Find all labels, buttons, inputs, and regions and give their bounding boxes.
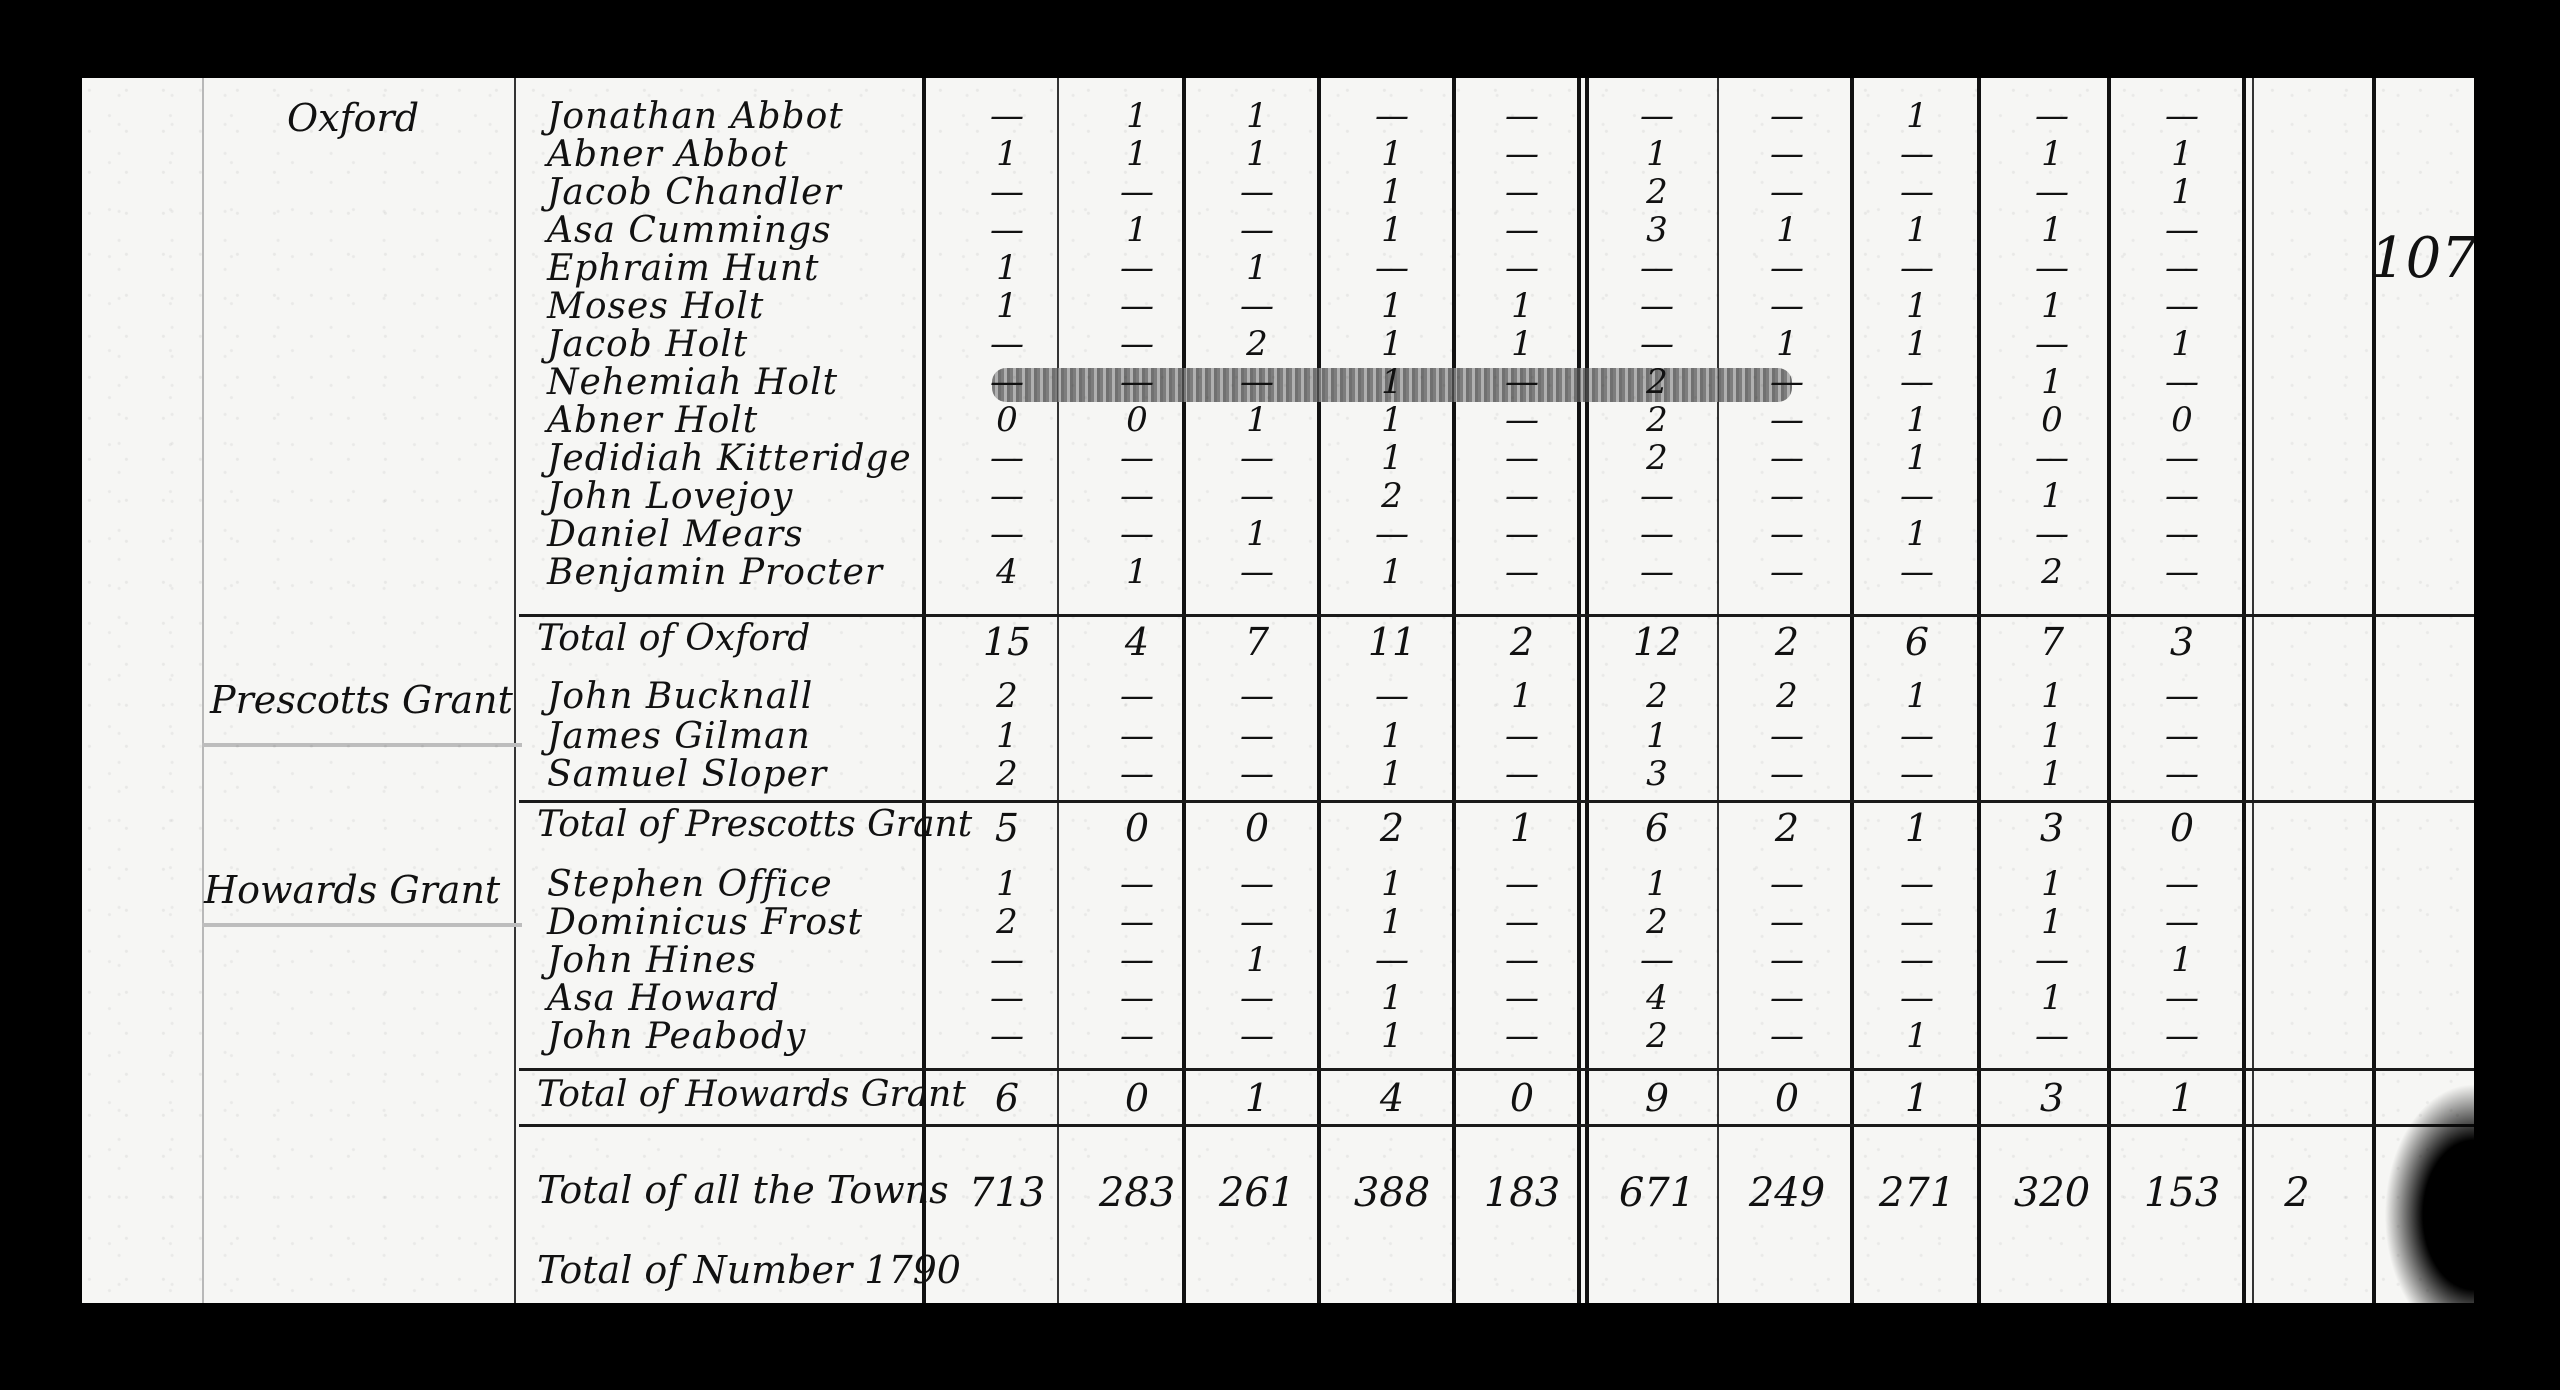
- tally-grid: —11————1——1111—1——11———1—2———1—1—1—3111—…: [927, 78, 2467, 1303]
- tally-cell: —: [1867, 172, 1967, 212]
- tally-cell: —: [1087, 716, 1187, 756]
- tally-cell: 1: [2002, 676, 2102, 716]
- tally-cell: —: [1207, 172, 1307, 212]
- town-total-cell: 1: [1867, 806, 1967, 850]
- tally-cell: —: [2002, 438, 2102, 478]
- town-total-cell: 0: [1087, 806, 1187, 850]
- tally-cell: 2: [2002, 552, 2102, 592]
- tally-cell: —: [2132, 514, 2232, 554]
- tally-cell: 1: [1342, 1016, 1442, 1056]
- town-total-cell: 11: [1342, 620, 1442, 664]
- tally-cell: —: [1207, 754, 1307, 794]
- tally-cell: 1: [1342, 324, 1442, 364]
- names-column-rule: [514, 78, 516, 1303]
- tally-cell: 1: [1607, 864, 1707, 904]
- tally-cell: —: [1207, 476, 1307, 516]
- tally-cell: —: [2132, 716, 2232, 756]
- tally-cell: 1: [1342, 716, 1442, 756]
- town-total-cell: 3: [2002, 1076, 2102, 1120]
- grand-total-label: Total of all the Towns: [537, 1168, 949, 1212]
- tally-cell: —: [1737, 438, 1837, 478]
- town-total-cell: 6: [1607, 806, 1707, 850]
- tally-cell: 1: [1207, 96, 1307, 136]
- tally-cell: —: [1472, 476, 1572, 516]
- tally-cell: —: [1087, 514, 1187, 554]
- tally-cell: 1: [1867, 514, 1967, 554]
- tally-cell: 1: [1607, 134, 1707, 174]
- tally-cell: —: [1867, 716, 1967, 756]
- tally-cell: 1: [2002, 286, 2102, 326]
- tally-cell: 1: [1087, 134, 1187, 174]
- resident-name: Abner Abbot: [547, 134, 788, 175]
- resident-name: Nehemiah Holt: [547, 362, 838, 403]
- tally-cell: 1: [1607, 716, 1707, 756]
- tally-cell: 2: [1607, 172, 1707, 212]
- tally-cell: 2: [1207, 324, 1307, 364]
- tally-cell: —: [1207, 902, 1307, 942]
- tally-cell: —: [1087, 476, 1187, 516]
- town-total-cell: 0: [1087, 1076, 1187, 1120]
- tally-cell: —: [1087, 676, 1187, 716]
- tally-cell: —: [1472, 864, 1572, 904]
- tally-cell: 1: [1342, 864, 1442, 904]
- grand-total-cell: 283: [1087, 1170, 1187, 1216]
- grand-total-cell: 153: [2132, 1170, 2232, 1216]
- tally-cell: —: [957, 476, 1057, 516]
- tally-cell: —: [1737, 978, 1837, 1018]
- resident-name: Dominicus Frost: [547, 902, 863, 943]
- tally-cell: —: [1207, 1016, 1307, 1056]
- tally-cell: 1: [1867, 286, 1967, 326]
- tally-cell: 1: [1342, 902, 1442, 942]
- grand-total-extra-cell: 2: [2247, 1170, 2347, 1216]
- tally-cell: —: [1867, 476, 1967, 516]
- town-total-cell: 6: [957, 1076, 1057, 1120]
- resident-name: Asa Cummings: [547, 210, 832, 251]
- tally-cell: —: [1087, 978, 1187, 1018]
- resident-name: John Bucknall: [547, 676, 813, 717]
- tally-cell: —: [957, 172, 1057, 212]
- tally-cell: —: [1737, 754, 1837, 794]
- tally-cell: 2: [957, 754, 1057, 794]
- tally-cell: —: [1607, 286, 1707, 326]
- tally-cell: —: [1607, 324, 1707, 364]
- tally-cell: 1: [2002, 716, 2102, 756]
- tally-cell: 2: [1607, 400, 1707, 440]
- tally-cell: —: [2002, 1016, 2102, 1056]
- tally-cell: 1: [957, 716, 1057, 756]
- grand-total-cell: 271: [1867, 1170, 1967, 1216]
- tally-cell: —: [1207, 978, 1307, 1018]
- tally-cell: 1: [1867, 96, 1967, 136]
- tally-cell: —: [2132, 476, 2232, 516]
- tally-cell: 2: [1607, 902, 1707, 942]
- tally-cell: 2: [1737, 676, 1837, 716]
- tally-cell: —: [1472, 514, 1572, 554]
- town-total-cell: 7: [2002, 620, 2102, 664]
- town-total-cell: 1: [1207, 1076, 1307, 1120]
- tally-cell: —: [1207, 864, 1307, 904]
- tally-cell: —: [1737, 96, 1837, 136]
- tally-cell: —: [1087, 1016, 1187, 1056]
- tally-cell: —: [1737, 248, 1837, 288]
- tally-cell: —: [1737, 400, 1837, 440]
- tally-cell: —: [1737, 864, 1837, 904]
- tally-cell: —: [1737, 1016, 1837, 1056]
- tally-cell: 2: [1607, 438, 1707, 478]
- tally-cell: —: [2132, 754, 2232, 794]
- tally-cell: 1: [2132, 940, 2232, 980]
- tally-cell: —: [2132, 864, 2232, 904]
- tally-cell: 1: [1737, 210, 1837, 250]
- town-total-cell: 1: [2132, 1076, 2232, 1120]
- town-total-cell: 5: [957, 806, 1057, 850]
- tally-cell: —: [1607, 514, 1707, 554]
- tally-cell: —: [2132, 978, 2232, 1018]
- grand-total-cell: 671: [1607, 1170, 1707, 1216]
- tally-cell: 1: [1867, 400, 1967, 440]
- tally-cell: —: [1737, 940, 1837, 980]
- tally-cell: —: [1737, 514, 1837, 554]
- tally-cell: —: [1087, 286, 1187, 326]
- names-column: Jonathan Abbot Abner Abbot Jacob Chandle…: [519, 78, 919, 1303]
- tally-cell: —: [1207, 552, 1307, 592]
- grand-total-cell: 183: [1472, 1170, 1572, 1216]
- tally-cell: 1: [1867, 324, 1967, 364]
- resident-name: James Gilman: [547, 716, 811, 757]
- resident-name: Stephen Office: [547, 864, 833, 905]
- tally-cell: —: [1342, 940, 1442, 980]
- resident-name: Ephraim Hunt: [547, 248, 820, 289]
- tally-cell: —: [1607, 476, 1707, 516]
- tally-cell: —: [1737, 716, 1837, 756]
- tally-cell: 1: [2132, 134, 2232, 174]
- tally-cell: 2: [1342, 476, 1442, 516]
- tally-cell: —: [1472, 400, 1572, 440]
- tally-cell: 1: [1342, 978, 1442, 1018]
- tally-cell: 2: [957, 676, 1057, 716]
- tally-cell: —: [1737, 286, 1837, 326]
- tally-cell: 1: [2132, 324, 2232, 364]
- grand-total-cell: 388: [1342, 1170, 1442, 1216]
- tally-cell: —: [2132, 96, 2232, 136]
- resident-name: Jonathan Abbot: [547, 96, 844, 137]
- tally-cell: 2: [1607, 362, 1707, 402]
- tally-cell: 1: [957, 286, 1057, 326]
- tally-cell: —: [1607, 248, 1707, 288]
- tally-cell: 1: [1087, 210, 1187, 250]
- tally-cell: 2: [1607, 676, 1707, 716]
- tally-cell: 0: [2002, 400, 2102, 440]
- tally-cell: —: [957, 324, 1057, 364]
- tally-cell: —: [1737, 902, 1837, 942]
- tally-cell: 1: [2002, 362, 2102, 402]
- town-total-cell: 9: [1607, 1076, 1707, 1120]
- tally-cell: —: [1207, 362, 1307, 402]
- tally-cell: —: [1867, 978, 1967, 1018]
- tally-cell: —: [957, 438, 1057, 478]
- resident-name: John Hines: [547, 940, 757, 981]
- tally-cell: —: [1472, 362, 1572, 402]
- town-total-cell: 0: [1472, 1076, 1572, 1120]
- town-total-cell: 4: [1087, 620, 1187, 664]
- tally-cell: —: [1867, 134, 1967, 174]
- tally-cell: —: [1342, 248, 1442, 288]
- tally-cell: 1: [1342, 134, 1442, 174]
- tally-cell: 1: [1342, 210, 1442, 250]
- town-total-cell: 1: [1472, 806, 1572, 850]
- tally-cell: 1: [1342, 286, 1442, 326]
- prescotts-label-underline: [202, 743, 522, 747]
- tally-cell: —: [1087, 362, 1187, 402]
- town-total-cell: 15: [957, 620, 1057, 664]
- town-total-cell: 2: [1737, 620, 1837, 664]
- tally-cell: —: [957, 978, 1057, 1018]
- resident-name: Moses Holt: [547, 286, 764, 327]
- tally-cell: —: [1472, 210, 1572, 250]
- resident-name: Benjamin Procter: [547, 552, 883, 593]
- tally-cell: —: [1087, 324, 1187, 364]
- resident-name: Jedidiah Kitteridge: [547, 438, 912, 479]
- tally-cell: —: [1207, 210, 1307, 250]
- resident-name: Asa Howard: [547, 978, 780, 1019]
- town-total-cell: 3: [2132, 620, 2232, 664]
- tally-cell: —: [1087, 172, 1187, 212]
- tally-cell: —: [1207, 716, 1307, 756]
- tally-cell: —: [1867, 362, 1967, 402]
- tally-cell: —: [1342, 676, 1442, 716]
- resident-name: John Lovejoy: [547, 476, 793, 517]
- tally-cell: —: [2002, 324, 2102, 364]
- tally-cell: 1: [2002, 864, 2102, 904]
- tally-cell: —: [1737, 134, 1837, 174]
- tally-cell: 1: [2132, 172, 2232, 212]
- tally-cell: —: [1207, 676, 1307, 716]
- tally-cell: 1: [1867, 1016, 1967, 1056]
- grand-total-cell: 713: [957, 1170, 1057, 1216]
- tally-cell: —: [1867, 754, 1967, 794]
- tally-cell: —: [2002, 514, 2102, 554]
- town-total-cell: 4: [1342, 1076, 1442, 1120]
- total-label-howards: Total of Howards Grant: [537, 1074, 966, 1115]
- tally-cell: 1: [1342, 172, 1442, 212]
- tally-cell: —: [1472, 248, 1572, 288]
- tally-cell: 1: [1207, 134, 1307, 174]
- tally-cell: —: [2132, 362, 2232, 402]
- town-total-cell: 2: [1342, 806, 1442, 850]
- tally-cell: 1: [1867, 676, 1967, 716]
- town-total-cell: 1: [1867, 1076, 1967, 1120]
- resident-name: Daniel Mears: [547, 514, 804, 555]
- total-label-oxford: Total of Oxford: [537, 618, 810, 659]
- tally-cell: 1: [1207, 248, 1307, 288]
- tally-cell: 1: [1087, 552, 1187, 592]
- tally-cell: —: [1087, 248, 1187, 288]
- tally-cell: —: [2132, 676, 2232, 716]
- ledger-page: Oxford Prescotts Grant Howards Grant 107…: [82, 78, 2474, 1303]
- footer-total-label: Total of Number 1790: [537, 1248, 961, 1292]
- tally-cell: 1: [957, 248, 1057, 288]
- tally-cell: —: [2002, 940, 2102, 980]
- tally-cell: —: [1472, 172, 1572, 212]
- tally-cell: —: [1737, 552, 1837, 592]
- town-total-cell: 2: [1472, 620, 1572, 664]
- grand-total-cell: 320: [2002, 1170, 2102, 1216]
- tally-cell: —: [2132, 210, 2232, 250]
- tally-cell: —: [1087, 754, 1187, 794]
- tally-cell: —: [1087, 902, 1187, 942]
- tally-cell: —: [1737, 476, 1837, 516]
- tally-cell: —: [957, 514, 1057, 554]
- tally-cell: —: [2132, 552, 2232, 592]
- tally-cell: 2: [1607, 1016, 1707, 1056]
- tally-cell: —: [1087, 940, 1187, 980]
- tally-cell: —: [1607, 940, 1707, 980]
- tally-cell: 1: [1342, 552, 1442, 592]
- tally-cell: —: [2002, 248, 2102, 288]
- column-rule: [922, 78, 926, 1303]
- margin-rule: [202, 78, 204, 1303]
- tally-cell: 3: [1607, 210, 1707, 250]
- tally-cell: —: [957, 1016, 1057, 1056]
- tally-cell: 1: [1867, 438, 1967, 478]
- tally-cell: 1: [957, 134, 1057, 174]
- total-label-prescotts: Total of Prescotts Grant: [537, 804, 972, 845]
- town-total-cell: 2: [1737, 806, 1837, 850]
- tally-cell: —: [1342, 514, 1442, 554]
- tally-cell: 1: [2002, 754, 2102, 794]
- tally-cell: —: [1472, 716, 1572, 756]
- resident-name: John Peabody: [547, 1016, 806, 1057]
- tally-cell: 1: [2002, 210, 2102, 250]
- resident-name: Jacob Chandler: [547, 172, 842, 213]
- tally-cell: 1: [2002, 134, 2102, 174]
- tally-cell: —: [1607, 552, 1707, 592]
- tally-cell: —: [1342, 96, 1442, 136]
- town-label-prescotts-grant: Prescotts Grant: [210, 678, 513, 722]
- tally-cell: 1: [2002, 902, 2102, 942]
- tally-cell: 3: [1607, 754, 1707, 794]
- tally-cell: —: [1472, 1016, 1572, 1056]
- tally-cell: 1: [1737, 324, 1837, 364]
- grand-total-cell: 249: [1737, 1170, 1837, 1216]
- tally-cell: 1: [2002, 476, 2102, 516]
- tally-cell: —: [1867, 864, 1967, 904]
- tally-cell: 1: [1342, 754, 1442, 794]
- tally-cell: —: [957, 96, 1057, 136]
- tally-cell: 0: [957, 400, 1057, 440]
- town-total-cell: 3: [2002, 806, 2102, 850]
- tally-cell: 1: [1472, 676, 1572, 716]
- tally-cell: —: [957, 210, 1057, 250]
- tally-cell: 0: [1087, 400, 1187, 440]
- tally-cell: —: [1472, 754, 1572, 794]
- tally-cell: —: [2132, 1016, 2232, 1056]
- tally-cell: —: [1207, 286, 1307, 326]
- tally-cell: 1: [957, 864, 1057, 904]
- tally-cell: —: [1867, 248, 1967, 288]
- tally-cell: 4: [957, 552, 1057, 592]
- tally-cell: 1: [2002, 978, 2102, 1018]
- tally-cell: 1: [1207, 514, 1307, 554]
- town-total-cell: 6: [1867, 620, 1967, 664]
- tally-cell: —: [1737, 362, 1837, 402]
- town-total-cell: 0: [1207, 806, 1307, 850]
- tally-cell: —: [1207, 438, 1307, 478]
- tally-cell: 2: [957, 902, 1057, 942]
- tally-cell: 0: [2132, 400, 2232, 440]
- tally-cell: —: [1472, 96, 1572, 136]
- tally-cell: 1: [1342, 438, 1442, 478]
- tally-cell: —: [1472, 902, 1572, 942]
- tally-cell: 1: [1867, 210, 1967, 250]
- tally-cell: 4: [1607, 978, 1707, 1018]
- town-total-cell: 12: [1607, 620, 1707, 664]
- tally-cell: 1: [1342, 362, 1442, 402]
- tally-cell: —: [2132, 248, 2232, 288]
- tally-cell: —: [1472, 978, 1572, 1018]
- town-label-oxford: Oxford: [287, 96, 419, 140]
- town-label-howards-grant: Howards Grant: [204, 868, 500, 912]
- resident-name: Abner Holt: [547, 400, 758, 441]
- tally-cell: —: [1087, 438, 1187, 478]
- tally-cell: —: [1472, 134, 1572, 174]
- tally-cell: —: [1472, 552, 1572, 592]
- tally-cell: —: [1607, 96, 1707, 136]
- tally-cell: —: [2002, 96, 2102, 136]
- tally-cell: —: [957, 940, 1057, 980]
- tally-cell: 1: [1342, 400, 1442, 440]
- tally-cell: 1: [1207, 400, 1307, 440]
- tally-cell: —: [2132, 902, 2232, 942]
- tally-cell: —: [2132, 438, 2232, 478]
- town-total-cell: 0: [1737, 1076, 1837, 1120]
- tally-cell: —: [1472, 940, 1572, 980]
- resident-name: Samuel Sloper: [547, 754, 827, 795]
- tally-cell: —: [2002, 172, 2102, 212]
- tally-cell: —: [2132, 286, 2232, 326]
- tally-cell: —: [1867, 902, 1967, 942]
- tally-cell: —: [1867, 940, 1967, 980]
- tally-cell: 1: [1087, 96, 1187, 136]
- tally-cell: 1: [1472, 286, 1572, 326]
- tally-cell: —: [1867, 552, 1967, 592]
- town-total-cell: 7: [1207, 620, 1307, 664]
- tally-cell: —: [957, 362, 1057, 402]
- tally-cell: —: [1087, 864, 1187, 904]
- tally-cell: 1: [1472, 324, 1572, 364]
- tally-cell: —: [1472, 438, 1572, 478]
- tally-cell: 1: [1207, 940, 1307, 980]
- tally-cell: —: [1737, 172, 1837, 212]
- resident-name: Jacob Holt: [547, 324, 748, 365]
- grand-total-cell: 261: [1207, 1170, 1307, 1216]
- howards-label-underline: [202, 923, 522, 927]
- town-total-cell: 0: [2132, 806, 2232, 850]
